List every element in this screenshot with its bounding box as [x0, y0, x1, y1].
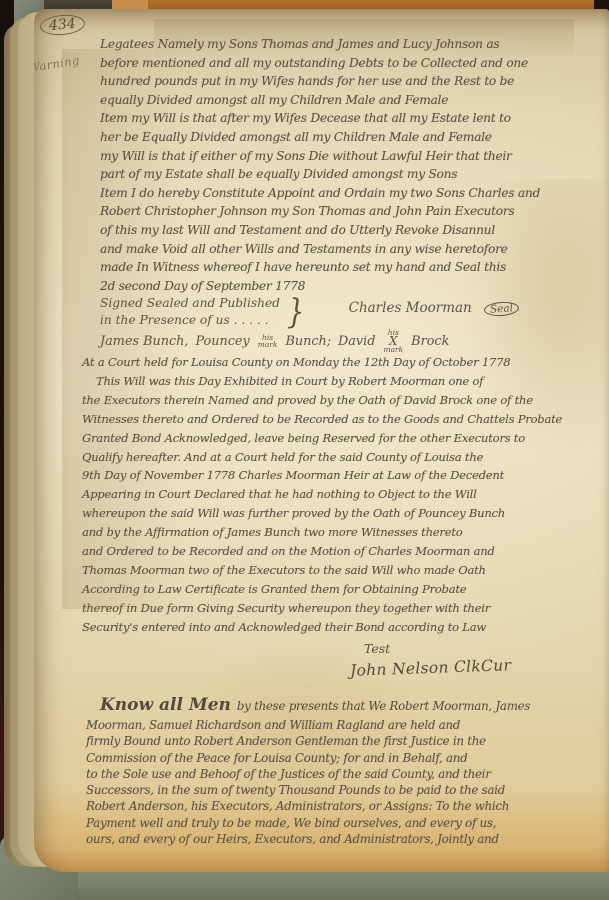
seal-mark: Seal: [483, 301, 519, 317]
attestation-clause: Signed Sealed and Published in the Prese…: [100, 295, 280, 329]
witness-name: James Bunch,: [100, 334, 188, 349]
manuscript-line: of this my last Will and Testament and d…: [100, 221, 540, 240]
manuscript-line: ours, and every of our Heirs, Executors,…: [86, 831, 509, 847]
bond-opening-line: Know all Menby these presents that We Ro…: [100, 695, 530, 715]
manuscript-line: hundred pounds put in my Wifes hands for…: [100, 72, 540, 91]
manuscript-line: equally Divided amongst all my Children …: [100, 91, 540, 110]
manuscript-line: Qualify hereafter. And at a Court held f…: [82, 448, 562, 467]
manuscript-line: Legatees Namely my Sons Thomas and James…: [100, 35, 540, 54]
manuscript-line: whereupon the said Will was further prov…: [82, 504, 562, 523]
manuscript-line: thereof in Due form Giving Security wher…: [82, 599, 562, 618]
manuscript-line: Robert Anderson, his Executors, Administ…: [86, 798, 509, 814]
testator-signature-area: Charles Moorman Seal: [349, 295, 519, 316]
manuscript-line: Robert Christopher Johnson my Son Thomas…: [100, 202, 540, 221]
manuscript-line: Commission of the Peace for Louisa Count…: [86, 750, 509, 766]
brace-glyph: }: [287, 295, 304, 329]
manuscript-line: Item I do hereby Constitute Appoint and …: [100, 184, 540, 203]
manuscript-line: Successors, in the sum of twenty Thousan…: [86, 782, 509, 798]
manuscript-line: According to Law Certificate is Granted …: [82, 580, 562, 599]
bond-opening-rest: by these presents that We Robert Moorman…: [237, 699, 530, 713]
manuscript-line: my Will is that if either of my Sons Die…: [100, 147, 540, 166]
manuscript-line: made In Witness whereof I have hereunto …: [100, 258, 540, 277]
test-attestation-label: Test: [364, 641, 390, 656]
manuscript-line: to the Sole use and Behoof of the Justic…: [86, 766, 509, 782]
witness-name: Bunch;: [285, 334, 331, 349]
witness-signatures: James Bunch, Pouncey his mark Bunch; Dav…: [100, 329, 449, 353]
mark-label-bottom: mark: [258, 341, 278, 348]
bond-lead-words: Know all Men: [100, 695, 231, 715]
page-number: 434: [48, 16, 76, 34]
testator-signature: Charles Moorman: [349, 300, 472, 316]
manuscript-line: firmly Bound unto Robert Anderson Gentle…: [86, 733, 509, 749]
manuscript-line: the Executors therein Named and proved b…: [82, 391, 562, 410]
manuscript-line: 2d second Day of September 1778: [100, 277, 540, 296]
manuscript-line: in the Presence of us . . . . .: [100, 312, 280, 329]
margin-note: Warning: [34, 53, 81, 75]
witness-name: Pouncey: [195, 334, 249, 349]
witness-name: David: [338, 334, 375, 349]
witness-name: Brock: [411, 334, 449, 349]
manuscript-line: 9th Day of November 1778 Charles Moorman…: [82, 466, 562, 485]
clerk-signature: John Nelson ClkCur: [350, 656, 512, 680]
his-mark-annotation: his mark: [258, 334, 278, 348]
manuscript-line: before mentioned and all my outstanding …: [100, 54, 540, 73]
manuscript-line: Moorman, Samuel Richardson and William R…: [86, 717, 509, 733]
manuscript-line: her be Equally Divided amongst all my Ch…: [100, 128, 540, 147]
manuscript-line: and by the Affirmation of James Bunch tw…: [82, 523, 562, 542]
court-record-paragraph: At a Court held for Louisa County on Mon…: [82, 353, 562, 637]
his-mark-annotation: his X mark: [383, 329, 403, 353]
manuscript-line: and Ordered to be Recorded and on the Mo…: [82, 542, 562, 561]
manuscript-line: Security's entered into and Acknowledged…: [82, 618, 562, 637]
manuscript-line: Item my Will is that after my Wifes Dece…: [100, 109, 540, 128]
manuscript-line: At a Court held for Louisa County on Mon…: [82, 353, 562, 372]
manuscript-line: Thomas Moorman two of the Executors to t…: [82, 561, 562, 580]
manuscript-line: Appearing in Court Declared that he had …: [82, 485, 562, 504]
mark-label-bottom: mark: [383, 346, 403, 353]
attestation-block: Signed Sealed and Published in the Prese…: [100, 295, 519, 329]
manuscript-line: Witnesses thereto and Ordered to be Reco…: [82, 410, 562, 429]
manuscript-line: Granted Bond Acknowledged, leave being R…: [82, 429, 562, 448]
manuscript-line: Signed Sealed and Published: [100, 295, 280, 312]
bond-paragraph: Moorman, Samuel Richardson and William R…: [86, 717, 509, 847]
manuscript-page: 434 Warning Legatees Namely my Sons Thom…: [34, 9, 609, 872]
manuscript-line: Payment well and truly to be made, We bi…: [86, 815, 509, 831]
page-number-badge: 434: [39, 13, 85, 37]
manuscript-line: and make Void all other Wills and Testam…: [100, 240, 540, 259]
manuscript-line: part of my Estate shall be equally Divid…: [100, 165, 540, 184]
manuscript-line: This Will was this Day Exhibited in Cour…: [82, 372, 562, 391]
ledger-page-photo: 434 Warning Legatees Namely my Sons Thom…: [0, 0, 609, 900]
will-paragraph: Legatees Namely my Sons Thomas and James…: [100, 35, 540, 295]
